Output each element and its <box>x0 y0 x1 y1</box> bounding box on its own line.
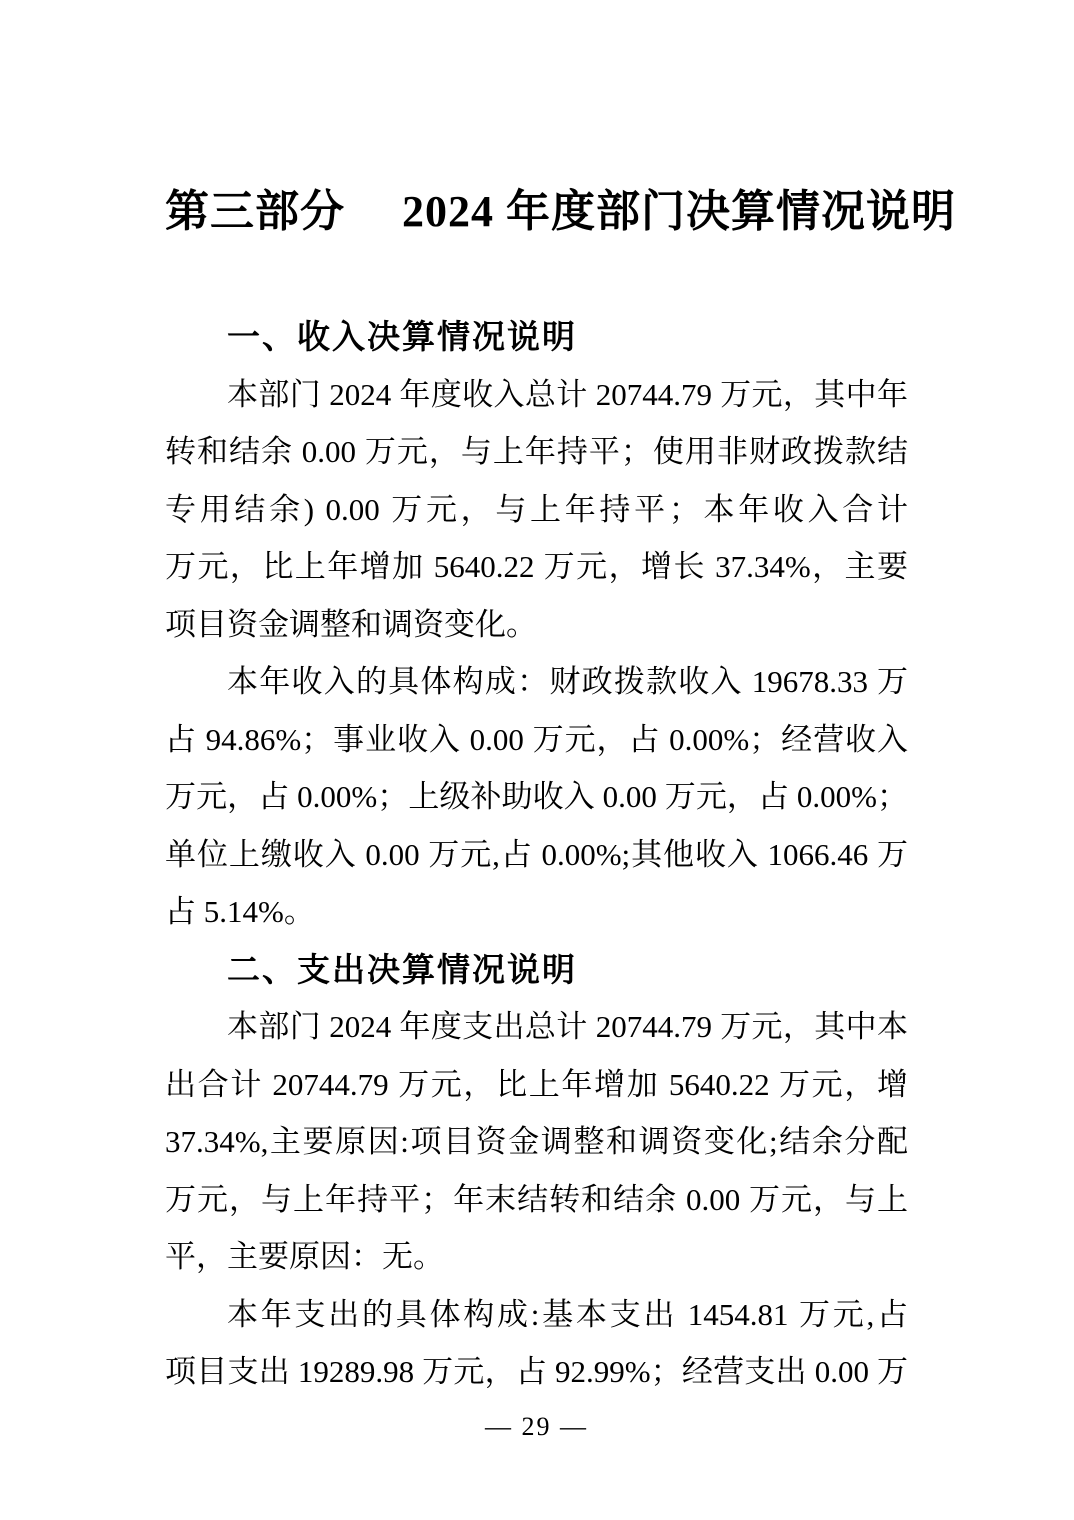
text-line: 本年收入的具体构成：财政拨款收入 19678.33 万元， <box>165 653 908 711</box>
text-line: 37.34%,主要原因:项目资金调整和调资变化;结余分配 0.00 <box>165 1113 908 1171</box>
text-line: 转和结余 0.00 万元，与上年持平；使用非财政拨款结余(含 <box>165 423 908 481</box>
text-line: 万元，占 0.00%；上级补助收入 0.00 万元，占 0.00%；附属 <box>165 768 908 826</box>
document-page: 第三部分 2024 年度部门决算情况说明 一、收入决算情况说明 本部门 2024… <box>0 0 1074 1520</box>
text-line: 本部门 2024 年度支出总计 20744.79 万元，其中本年支 <box>165 998 908 1056</box>
text-line: 项目资金调整和调资变化。 <box>165 596 908 654</box>
text-line: 专用结余) 0.00 万元，与上年持平；本年收入合计 20744.79 <box>165 481 908 539</box>
paragraph-expenditure-total: 本部门 2024 年度支出总计 20744.79 万元，其中本年支 出合计 20… <box>165 998 908 1286</box>
text-line: 平，主要原因：无。 <box>165 1228 908 1286</box>
text-line: 本年支出的具体构成:基本支出 1454.81 万元,占 7.01%; <box>165 1286 908 1344</box>
section-heading-expenditure: 二、支出决算情况说明 <box>165 941 908 999</box>
text-line: 项目支出 19289.98 万元，占 92.99%；经营支出 0.00 万元， <box>165 1343 908 1401</box>
text-line: 万元，比上年增加 5640.22 万元，增长 37.34%，主要原因： <box>165 538 908 596</box>
paragraph-income-total: 本部门 2024 年度收入总计 20744.79 万元，其中年初结 转和结余 0… <box>165 366 908 654</box>
document-body: 一、收入决算情况说明 本部门 2024 年度收入总计 20744.79 万元，其… <box>165 308 908 1401</box>
page-number: — 29 — <box>485 1412 588 1441</box>
text-line: 单位上缴收入 0.00 万元,占 0.00%;其他收入 1066.46 万元， <box>165 826 908 884</box>
page-footer: — 29 — <box>165 1411 908 1443</box>
paragraph-income-composition: 本年收入的具体构成：财政拨款收入 19678.33 万元， 占 94.86%；事… <box>165 653 908 941</box>
section-heading-income: 一、收入决算情况说明 <box>165 308 908 366</box>
text-line: 本部门 2024 年度收入总计 20744.79 万元，其中年初结 <box>165 366 908 424</box>
text-line: 出合计 20744.79 万元，比上年增加 5640.22 万元，增长 <box>165 1056 908 1114</box>
page-title: 第三部分 2024 年度部门决算情况说明 <box>165 186 908 238</box>
text-line: 万元，与上年持平；年末结转和结余 0.00 万元，与上年持 <box>165 1171 908 1229</box>
text-line: 占 5.14%。 <box>165 883 908 941</box>
text-line: 占 94.86%；事业收入 0.00 万元，占 0.00%；经营收入 0.00 <box>165 711 908 769</box>
paragraph-expenditure-composition: 本年支出的具体构成:基本支出 1454.81 万元,占 7.01%; 项目支出 … <box>165 1286 908 1401</box>
